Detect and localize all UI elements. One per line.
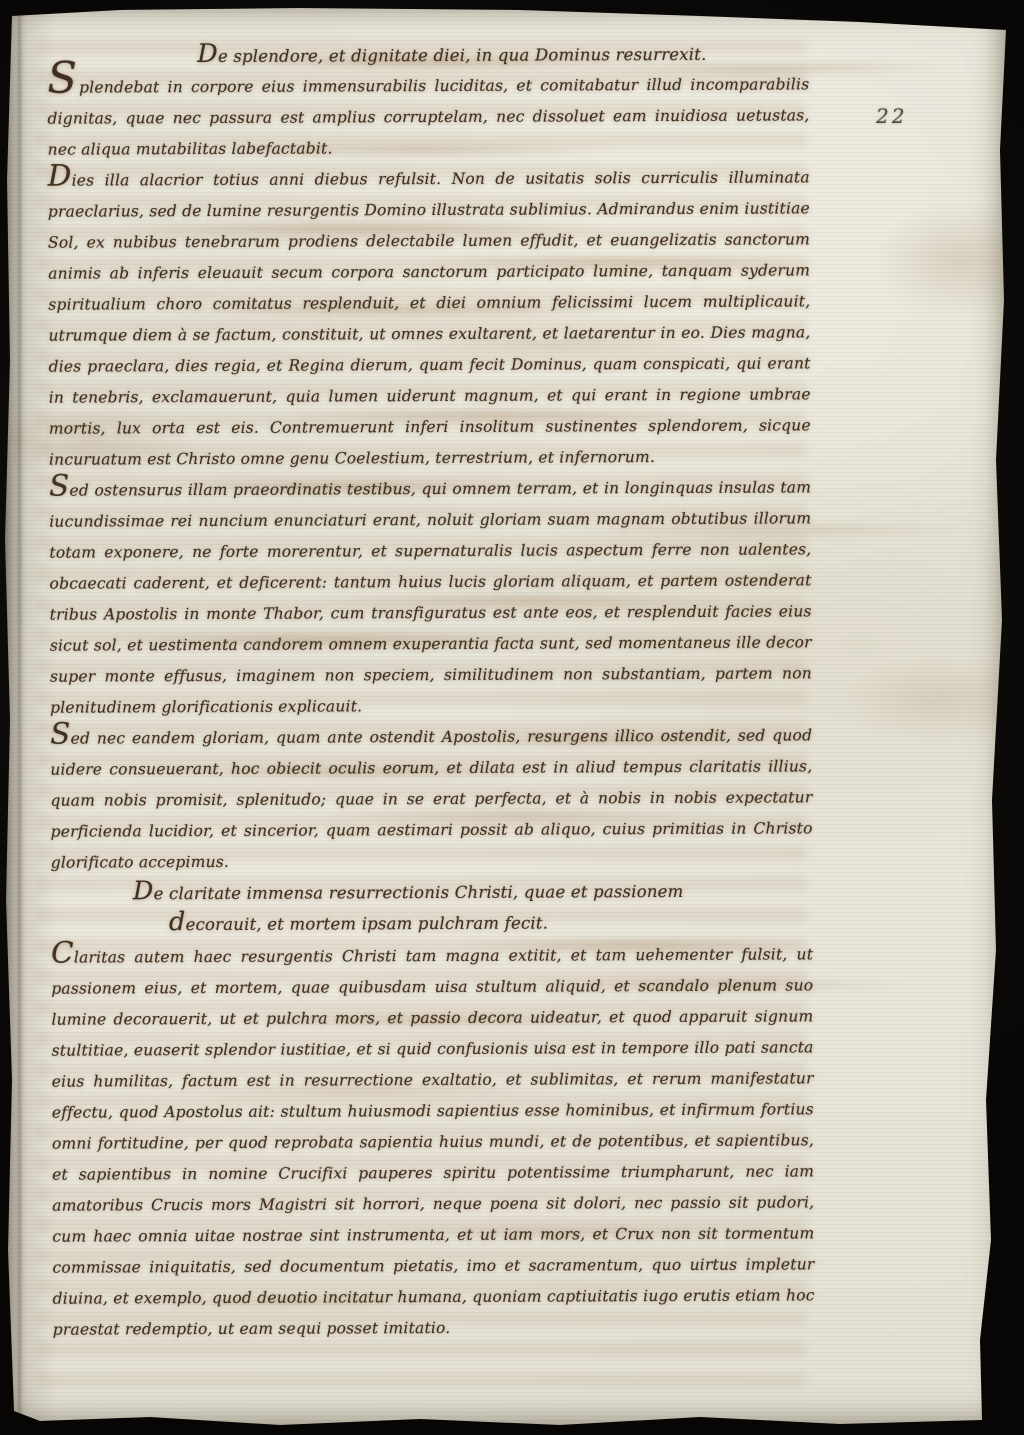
folio-number: 22 [876,104,907,128]
paragraph-sed-nec-eandem: Sed nec eandem gloriam, quam ante ostend… [50,720,813,878]
chapter-heading-splendore: De splendore, et dignitate diei, in qua … [197,38,779,72]
chapter-heading-claritate-line-2: decorauit, et mortem ipsam pulchram feci… [169,906,813,940]
handwritten-text-block: De splendore, et dignitate diei, in qua … [47,38,815,1345]
paragraph-dies-illa: Dies illa alacrior totius anni diebus re… [48,162,811,475]
paragraph-sed-ostensurus: Sed ostensurus illam praeordinatis testi… [49,472,812,723]
chapter-heading-claritate-line-1: De claritate immensa resurrectionis Chri… [133,875,813,909]
paragraph-claritas-autem: Claritas autem haec resurgentis Christi … [51,939,815,1345]
manuscript-page: 22 De splendore, et dignitate diei, in q… [0,0,1012,1430]
paragraph-splendebat: Splendebat in corpore eius immensurabili… [47,69,809,165]
gutter-crease-line [17,0,22,1430]
